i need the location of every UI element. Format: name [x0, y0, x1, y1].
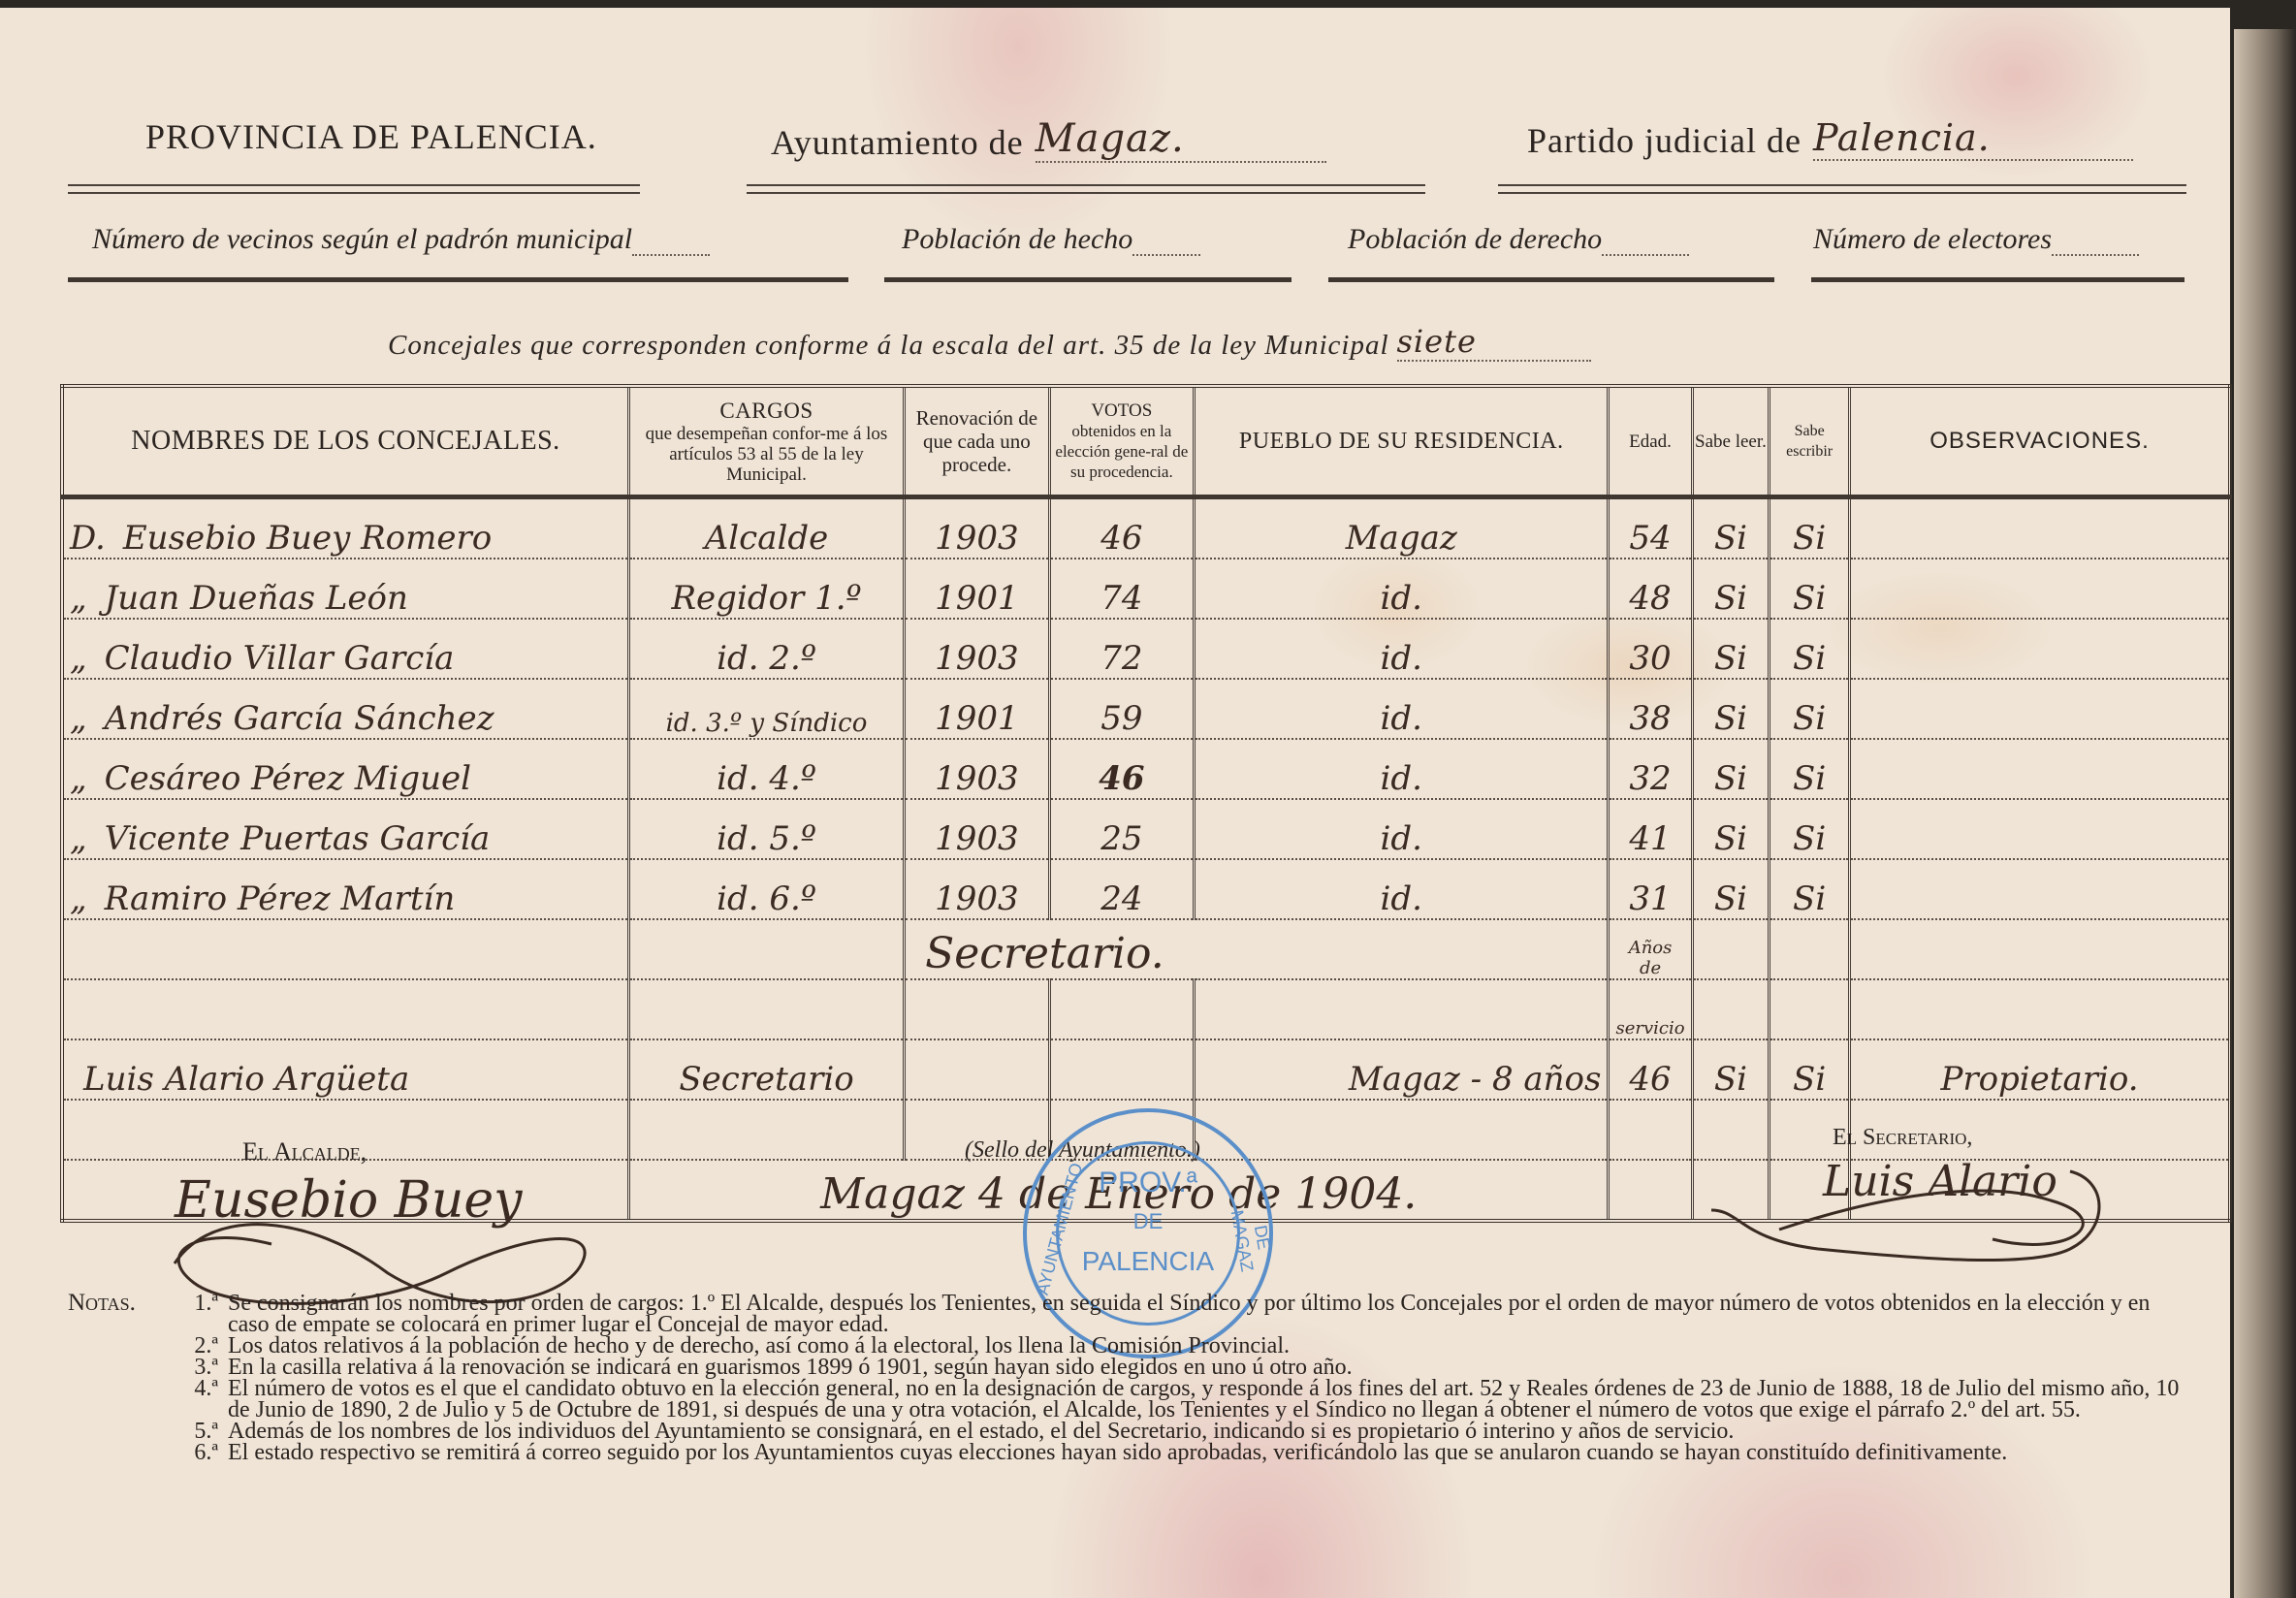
- divider: [1498, 184, 2186, 194]
- poblacion-derecho-label: Población de derecho: [1348, 223, 1602, 256]
- councillor-name: Andrés García Sánchez: [105, 699, 494, 738]
- province-title: PROVINCIA DE PALENCIA.: [145, 116, 597, 157]
- divider: [747, 184, 1425, 194]
- header-nombres: NOMBRES DE LOS CONCEJALES.: [62, 386, 628, 497]
- councillor-name: Cesáreo Pérez Miguel: [105, 759, 471, 798]
- note-item: 2.ª Los datos relativos á la población d…: [68, 1335, 2182, 1357]
- note-item: 6.ª El estado respectivo se remitirá á c…: [68, 1442, 2182, 1463]
- concejales-label: Concejales que corresponden conforme á l…: [388, 330, 1389, 362]
- table-row-secretario: Luis Alario Argüeta Secretario Magaz - 8…: [62, 1039, 2230, 1100]
- note-item: 3.ª En la casilla relativa á la renovaci…: [68, 1357, 2182, 1378]
- councillor-name: Vicente Puertas García: [105, 819, 491, 858]
- header-renovacion: Renovación de que cada uno procede.: [905, 386, 1050, 497]
- councillor-name: Eusebio Buey Romero: [123, 519, 492, 558]
- divider: [68, 184, 640, 194]
- concejales-value: siete: [1397, 323, 1591, 362]
- councillor-name: Ramiro Pérez Martín: [105, 879, 456, 918]
- header-cargos: CARGOSque desempeñan confor-me á los art…: [628, 386, 904, 497]
- divider: [884, 277, 1291, 282]
- partido-label: Partido judicial de: [1527, 120, 1802, 161]
- table-row-blank: servicio: [62, 979, 2230, 1039]
- observaciones-cell: [1849, 497, 2230, 559]
- book-page-edges: [2234, 29, 2296, 1598]
- pueblo-cell: Magaz - 8 años: [1195, 1039, 1609, 1100]
- poblacion-hecho-field: Población de hecho: [902, 223, 1200, 256]
- poblacion-derecho-value: [1602, 223, 1689, 256]
- electores-label: Número de electores: [1813, 223, 2052, 256]
- votos-cell: 46: [1049, 497, 1194, 559]
- councillor-name: Juan Dueñas León: [105, 579, 408, 618]
- concejales-field: Concejales que corresponden conforme á l…: [388, 323, 1591, 362]
- table-row: „Claudio Villar García id. 2.º 1903 72 i…: [62, 619, 2230, 679]
- table-row: „Ramiro Pérez Martín id. 6.º 1903 24 id.…: [62, 859, 2230, 919]
- secretario-label: El Secretario,: [1833, 1125, 1972, 1151]
- ayuntamiento-label: Ayuntamiento de: [771, 122, 1024, 163]
- table-header-row: NOMBRES DE LOS CONCEJALES. CARGOSque des…: [62, 386, 2230, 497]
- divider: [68, 277, 848, 282]
- notes-section: Notas. 1.ª Se consignarán los nombres po…: [68, 1293, 2182, 1463]
- table-row: D.Eusebio Buey Romero Alcalde 1903 46 Ma…: [62, 497, 2230, 559]
- electores-field: Número de electores: [1813, 223, 2139, 256]
- renovacion-cell: 1903: [905, 497, 1050, 559]
- concejales-table: NOMBRES DE LOS CONCEJALES. CARGOSque des…: [60, 384, 2232, 1223]
- table-row: „Juan Dueñas León Regidor 1.º 1901 74 id…: [62, 559, 2230, 619]
- partido-field: Partido judicial de Palencia.: [1527, 116, 2133, 161]
- table-row-secretario-heading: Secretario. Años de: [62, 919, 2230, 979]
- vecinos-field: Número de vecinos según el padrón munici…: [92, 223, 710, 256]
- edad-cell: 46: [1609, 1039, 1692, 1100]
- header-observaciones: OBSERVACIONES.: [1849, 386, 2230, 497]
- secretario-name: Luis Alario Argüeta: [62, 1039, 628, 1100]
- ayuntamiento-field: Ayuntamiento de Magaz.: [771, 116, 1326, 163]
- note-item: 4.ª El número de votos es el que el cand…: [68, 1378, 2182, 1421]
- table-row: „Cesáreo Pérez Miguel id. 4.º 1903 46 id…: [62, 739, 2230, 799]
- escribir-cell: Si: [1770, 1039, 1850, 1100]
- note-item: 5.ª Además de los nombres de los individ…: [68, 1421, 2182, 1442]
- header-votos: VOTOSobtenidos en la elección gene-ral d…: [1049, 386, 1194, 497]
- table-row: „Andrés García Sánchez id. 3.º y Síndico…: [62, 679, 2230, 739]
- electores-value: [2052, 223, 2139, 256]
- leer-cell: Si: [1692, 497, 1770, 559]
- cargo-cell: Secretario: [628, 1039, 904, 1100]
- alcalde-label: El Alcalde,: [242, 1137, 367, 1167]
- ayuntamiento-value: Magaz.: [1036, 116, 1326, 163]
- header-pueblo: PUEBLO DE SU RESIDENCIA.: [1195, 386, 1609, 497]
- cargo-cell: Alcalde: [628, 497, 904, 559]
- vecinos-value: [632, 223, 710, 256]
- header-sabe-leer: Sabe leer.: [1692, 386, 1770, 497]
- leer-cell: Si: [1692, 1039, 1770, 1100]
- pueblo-cell: Magaz: [1195, 497, 1609, 559]
- note-item: Notas. 1.ª Se consignarán los nombres po…: [68, 1293, 2182, 1335]
- secretario-heading: Secretario.: [905, 919, 1609, 979]
- divider: [1328, 277, 1774, 282]
- notes-label: Notas.: [68, 1293, 170, 1335]
- poblacion-hecho-label: Población de hecho: [902, 223, 1132, 256]
- header-edad: Edad.: [1609, 386, 1692, 497]
- header-sabe-escribir: Sabe escribir: [1770, 386, 1850, 497]
- vecinos-label: Número de vecinos según el padrón munici…: [92, 223, 632, 256]
- councillor-name: Claudio Villar García: [105, 639, 455, 678]
- servicio-note: Años de: [1609, 919, 1692, 979]
- province-label: PROVINCIA DE PALENCIA.: [145, 117, 597, 156]
- partido-value: Palencia.: [1813, 116, 2133, 161]
- poblacion-hecho-value: [1132, 223, 1200, 256]
- signature-flourish-icon: [1702, 1162, 2128, 1278]
- servicio-note: servicio: [1609, 979, 1692, 1039]
- escribir-cell: Si: [1770, 497, 1850, 559]
- divider: [1811, 277, 2184, 282]
- document-page: PROVINCIA DE PALENCIA. Ayuntamiento de M…: [0, 8, 2230, 1598]
- observaciones-cell: Propietario.: [1849, 1039, 2230, 1100]
- poblacion-derecho-field: Población de derecho: [1348, 223, 1689, 256]
- table-row: „Vicente Puertas García id. 5.º 1903 25 …: [62, 799, 2230, 859]
- edad-cell: 54: [1609, 497, 1692, 559]
